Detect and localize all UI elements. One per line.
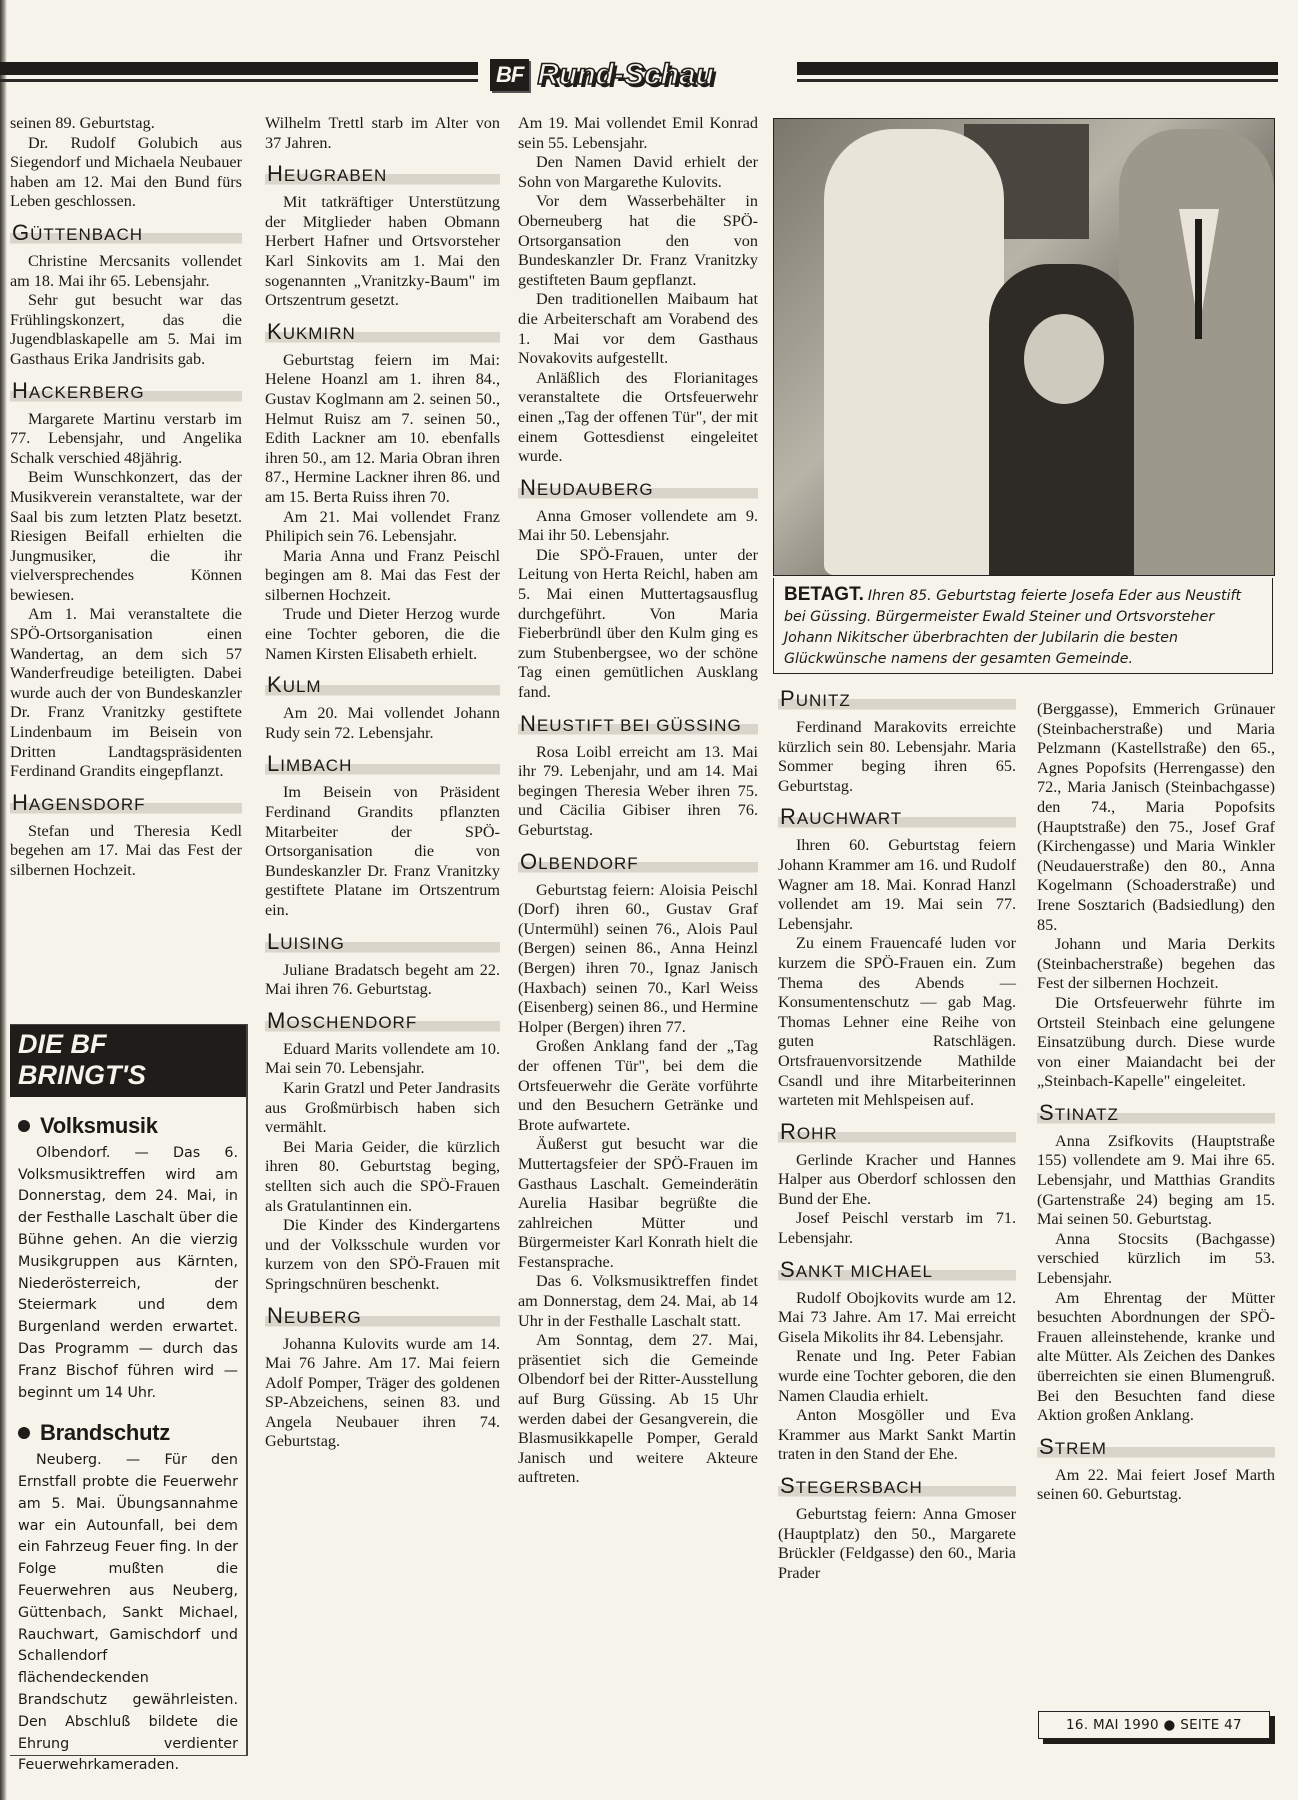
town-section: Neustift bei GüssingRosa Loibl erreicht …	[518, 713, 758, 841]
bf-bringts-box: DIE BF BRINGT'S Volksmusik Olbendorf. — …	[10, 1024, 248, 1756]
issue-date: 16. MAI 1990	[1066, 1717, 1159, 1733]
article-paragraph: Zu einem Frauencafé luden vor kurzem die…	[778, 934, 1016, 1110]
article-paragraph: Mit tatkräftiger Unterstützung der Mitgl…	[265, 193, 500, 311]
article-paragraph: Rosa Loibl erreicht am 13. Mai ihr 79. L…	[518, 743, 758, 841]
article-paragraph: Am 20. Mai vollendet Johann Rudy sein 72…	[265, 704, 500, 743]
town-section: NeudaubergAnna Gmoser vollendete am 9. M…	[518, 477, 758, 703]
article-paragraph: Stefan und Theresia Kedl begehen am 17. …	[10, 822, 242, 881]
town-heading: Heugraben	[265, 163, 500, 187]
article-paragraph: Anläßlich des Florianitages veranstaltet…	[518, 369, 758, 467]
article-paragraph: Anton Mosgöller und Eva Krammer aus Mark…	[778, 1406, 1016, 1465]
column-5: (Berggasse), Emmerich Grünauer (Steinbac…	[1037, 700, 1275, 1513]
town-heading: Olbendorf	[518, 851, 758, 875]
article-paragraph: Geburtstag feiern: Aloisia Peischl (Dorf…	[518, 881, 758, 1038]
news-photo	[773, 118, 1275, 576]
bullet-icon	[18, 1120, 30, 1132]
town-section: HackerbergMargarete Martinu verstarb im …	[10, 380, 242, 782]
page-footer: 16. MAI 1990 ● SEITE 47	[1038, 1711, 1270, 1739]
article-paragraph: Am Ehrentag der Mütter besuchten Abordnu…	[1037, 1289, 1275, 1426]
article-paragraph: Sehr gut besucht war das Frühlingskonzer…	[10, 291, 242, 369]
photo-person-right	[1119, 129, 1274, 575]
town-section: HeugrabenMit tatkräftiger Unterstützung …	[265, 163, 500, 311]
masthead-rule-left	[0, 62, 478, 75]
article-paragraph: Rudolf Obojkovits wurde am 12. Mai 73 Ja…	[778, 1289, 1016, 1348]
article-paragraph: Margarete Martinu verstarb im 77. Lebens…	[10, 410, 242, 469]
town-section: KukmirnGeburtstag feiern im Mai: Helene …	[265, 321, 500, 665]
box-item-brandschutz-heading: Brandschutz	[18, 1422, 238, 1444]
town-section: StremAm 22. Mai feiert Josef Marth seine…	[1037, 1436, 1275, 1505]
article-paragraph: Die Ortsfeuerwehr führte im Ortsteil Ste…	[1037, 994, 1275, 1092]
masthead-rule-left-thin	[0, 79, 478, 82]
photo-face-seated	[1024, 314, 1104, 404]
article-paragraph: Großen Anklang fand der „Tag der offenen…	[518, 1037, 758, 1135]
town-heading: Strem	[1037, 1436, 1275, 1460]
article-paragraph: Am 1. Mai veranstaltete die SPÖ-Ortsorga…	[10, 605, 242, 781]
section-title: Rund-Schau	[537, 58, 714, 92]
article-paragraph: Den Namen David erhielt der Sohn von Mar…	[518, 153, 758, 192]
article-paragraph: Geburtstag feiern im Mai: Helene Hoanzl …	[265, 351, 500, 508]
box-item-volksmusik-text: Olbendorf. — Das 6. Volksmusiktreffen wi…	[18, 1143, 238, 1405]
article-paragraph: Renate und Ing. Peter Fabian wurde eine …	[778, 1347, 1016, 1406]
article-paragraph: Am Sonntag, dem 27. Mai, präsentiet sich…	[518, 1331, 758, 1488]
town-section: MoschendorfEduard Marits vollendete am 1…	[265, 1010, 500, 1295]
article-paragraph: Äußerst gut besucht war die Muttertagsfe…	[518, 1135, 758, 1272]
article-paragraph: Christine Mercsanits vollendet am 18. Ma…	[10, 252, 242, 291]
town-section: HagensdorfStefan und Theresia Kedl begeh…	[10, 792, 242, 881]
article-paragraph: Anna Stocsits (Bachgasse) verschied kürz…	[1037, 1230, 1275, 1289]
column-1: seinen 89. Geburtstag.Dr. Rudolf Golubic…	[10, 114, 242, 889]
town-section: StegersbachGeburtstag feiern: Anna Gmose…	[778, 1475, 1016, 1583]
masthead-logo: BF Rund-Schau	[490, 58, 714, 92]
town-heading: Kukmirn	[265, 321, 500, 345]
town-heading: Punitz	[778, 688, 1016, 712]
town-section: OlbendorfGeburtstag feiern: Aloisia Peis…	[518, 851, 758, 1488]
page-number: SEITE 47	[1180, 1717, 1242, 1733]
town-heading: Moschendorf	[265, 1010, 500, 1034]
article-paragraph: Josef Peischl verstarb im 71. Lebensjahr…	[778, 1209, 1016, 1248]
article-paragraph: Am 22. Mai feiert Josef Marth seinen 60.…	[1037, 1466, 1275, 1505]
town-section: StinatzAnna Zsifkovits (Hauptstraße 155)…	[1037, 1102, 1275, 1426]
article-paragraph: Die SPÖ-Frauen, unter der Leitung von He…	[518, 546, 758, 703]
page-left-edge	[0, 0, 7, 1800]
article-paragraph: Das 6. Volksmusiktreffen findet am Donne…	[518, 1272, 758, 1331]
town-section: NeubergJohanna Kulovits wurde am 14. Mai…	[265, 1305, 500, 1453]
town-heading: Hagensdorf	[10, 792, 242, 816]
article-paragraph: Ihren 60. Geburtstag feiern Johann Kramm…	[778, 836, 1016, 934]
article-paragraph: Am 19. Mai vollendet Emil Konrad sein 55…	[518, 114, 758, 153]
town-heading: Sankt Michael	[778, 1259, 1016, 1283]
article-paragraph: Im Beisein von Präsident Ferdinand Grand…	[265, 783, 500, 920]
article-paragraph: Geburtstag feiern: Anna Gmoser (Hauptpla…	[778, 1505, 1016, 1583]
town-heading: Neustift bei Güssing	[518, 713, 758, 737]
town-section: LimbachIm Beisein von Präsident Ferdinan…	[265, 753, 500, 920]
masthead: BF Rund-Schau	[0, 58, 1298, 88]
town-heading: Stinatz	[1037, 1102, 1275, 1126]
box-header: DIE BF BRINGT'S	[10, 1025, 246, 1097]
photo-tie	[1195, 219, 1202, 339]
bf-logo: BF	[490, 59, 529, 91]
town-section: GüttenbachChristine Mercsanits vollendet…	[10, 222, 242, 370]
town-section: KulmAm 20. Mai vollendet Johann Rudy sei…	[265, 674, 500, 743]
box-item-volksmusik-heading: Volksmusik	[18, 1115, 238, 1137]
article-paragraph: Maria Anna und Franz Peischl begingen am…	[265, 547, 500, 606]
box-body: Volksmusik Olbendorf. — Das 6. Volksmusi…	[10, 1097, 246, 1777]
column-4: PunitzFerdinand Marakovits erreichte kür…	[778, 688, 1016, 1591]
bullet-icon: ●	[1164, 1717, 1176, 1733]
photo-caption: BETAGT.Ihren 85. Geburtstag feierte Jose…	[773, 578, 1273, 674]
article-paragraph: Anna Zsifkovits (Hauptstraße 155) vollen…	[1037, 1132, 1275, 1230]
article-paragraph: Anna Gmoser vollendete am 9. Mai ihr 50.…	[518, 507, 758, 546]
article-paragraph: seinen 89. Geburtstag.	[10, 114, 242, 134]
town-section: Sankt MichaelRudolf Obojkovits wurde am …	[778, 1259, 1016, 1465]
article-paragraph: Juliane Bradatsch begeht am 22. Mai ihre…	[265, 961, 500, 1000]
article-paragraph: Gerlinde Kracher und Hannes Halper aus O…	[778, 1151, 1016, 1210]
article-paragraph: Johanna Kulovits wurde am 14. Mai 76 Jah…	[265, 1335, 500, 1453]
town-heading: Luising	[265, 931, 500, 955]
town-heading: Limbach	[265, 753, 500, 777]
town-section: PunitzFerdinand Marakovits erreichte kür…	[778, 688, 1016, 796]
article-paragraph: (Berggasse), Emmerich Grünauer (Steinbac…	[1037, 700, 1275, 935]
bullet-icon	[18, 1427, 30, 1439]
town-heading: Stegersbach	[778, 1475, 1016, 1499]
article-paragraph: Karin Gratzl und Peter Jandrasits aus Gr…	[265, 1079, 500, 1138]
column-3: Am 19. Mai vollendet Emil Konrad sein 55…	[518, 114, 758, 1496]
masthead-rule-right-thin	[797, 79, 1278, 82]
town-heading: Güttenbach	[10, 222, 242, 246]
article-paragraph: Johann und Maria Derkits (Steinbacherstr…	[1037, 935, 1275, 994]
article-paragraph: Ferdinand Marakovits erreichte kürzlich …	[778, 718, 1016, 796]
town-heading: Rauchwart	[778, 806, 1016, 830]
column-2: Wilhelm Trettl starb im Alter von 37 Jah…	[265, 114, 500, 1460]
article-paragraph: Dr. Rudolf Golubich aus Siegendorf und M…	[10, 134, 242, 212]
town-heading: Neuberg	[265, 1305, 500, 1329]
box-item-brandschutz-text: Neuberg. — Für den Ernstfall probte die …	[18, 1450, 238, 1777]
town-section: RauchwartIhren 60. Geburtstag feiern Joh…	[778, 806, 1016, 1110]
article-paragraph: Eduard Marits vollendete am 10. Mai sein…	[265, 1040, 500, 1079]
masthead-rule-right	[797, 62, 1278, 75]
article-paragraph: Die Kinder des Kindergartens und der Vol…	[265, 1216, 500, 1294]
article-paragraph: Am 21. Mai vollendet Franz Philipich sei…	[265, 508, 500, 547]
town-heading: Kulm	[265, 674, 500, 698]
photo-person-seated	[989, 264, 1134, 575]
town-section: LuisingJuliane Bradatsch begeht am 22. M…	[265, 931, 500, 1000]
town-section: RohrGerlinde Kracher und Hannes Halper a…	[778, 1121, 1016, 1249]
article-paragraph: Wilhelm Trettl starb im Alter von 37 Jah…	[265, 114, 500, 153]
town-heading: Neudauberg	[518, 477, 758, 501]
article-paragraph: Bei Maria Geider, die kürzlich ihren 80.…	[265, 1138, 500, 1216]
article-paragraph: Vor dem Wasserbehälter in Oberneuberg ha…	[518, 192, 758, 290]
photo-person-left	[824, 129, 1004, 575]
town-heading: Rohr	[778, 1121, 1016, 1145]
town-heading: Hackerberg	[10, 380, 242, 404]
article-paragraph: Den traditionellen Maibaum hat die Arbei…	[518, 290, 758, 368]
caption-lead: BETAGT.	[784, 584, 864, 605]
article-paragraph: Trude und Dieter Herzog wurde eine Tocht…	[265, 605, 500, 664]
article-paragraph: Beim Wunschkonzert, das der Musikverein …	[10, 468, 242, 605]
